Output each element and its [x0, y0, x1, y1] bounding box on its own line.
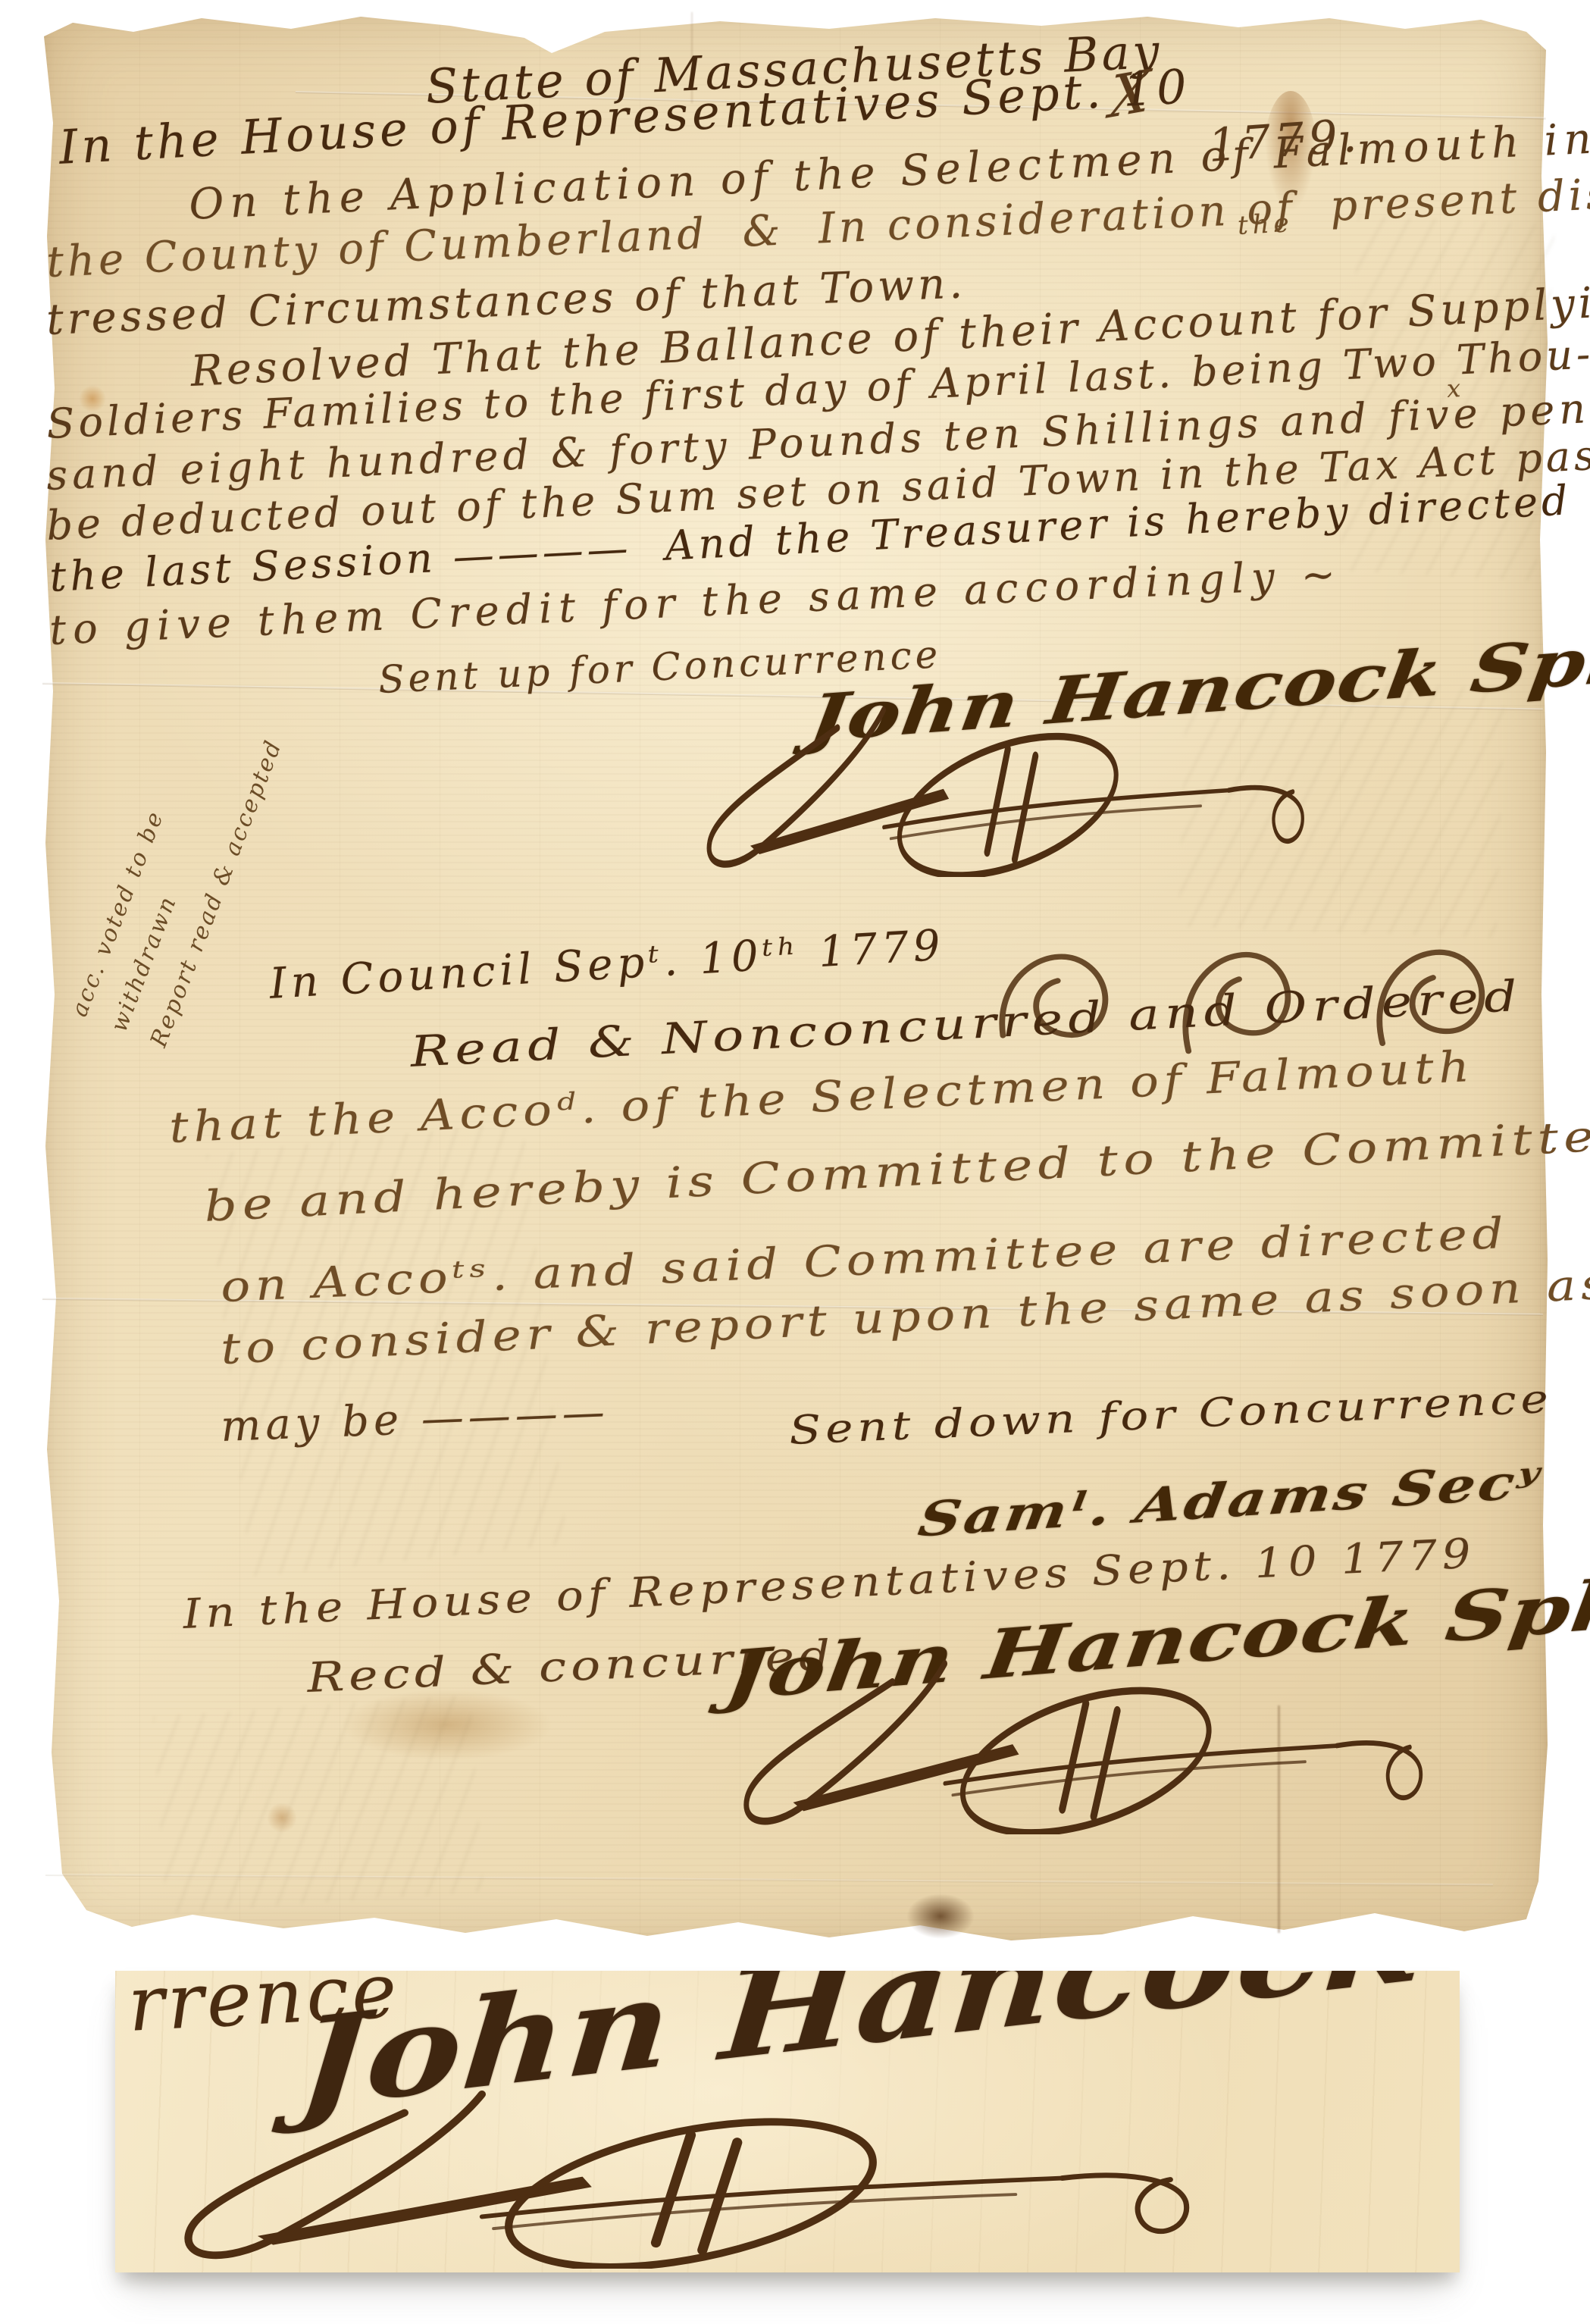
hancock-paraph — [686, 706, 1353, 877]
inset-hancock-paraph — [149, 2091, 1271, 2269]
hancock-paraph — [720, 1660, 1478, 1834]
scan-page: State of Massachusetts Bay X In the Hous… — [0, 0, 1590, 2324]
signature-detail-inset: rrence John Hancock Spkʳ — [115, 1971, 1460, 2272]
show-through-marks — [152, 1695, 484, 1914]
edge-tear-mark — [906, 1893, 975, 1939]
